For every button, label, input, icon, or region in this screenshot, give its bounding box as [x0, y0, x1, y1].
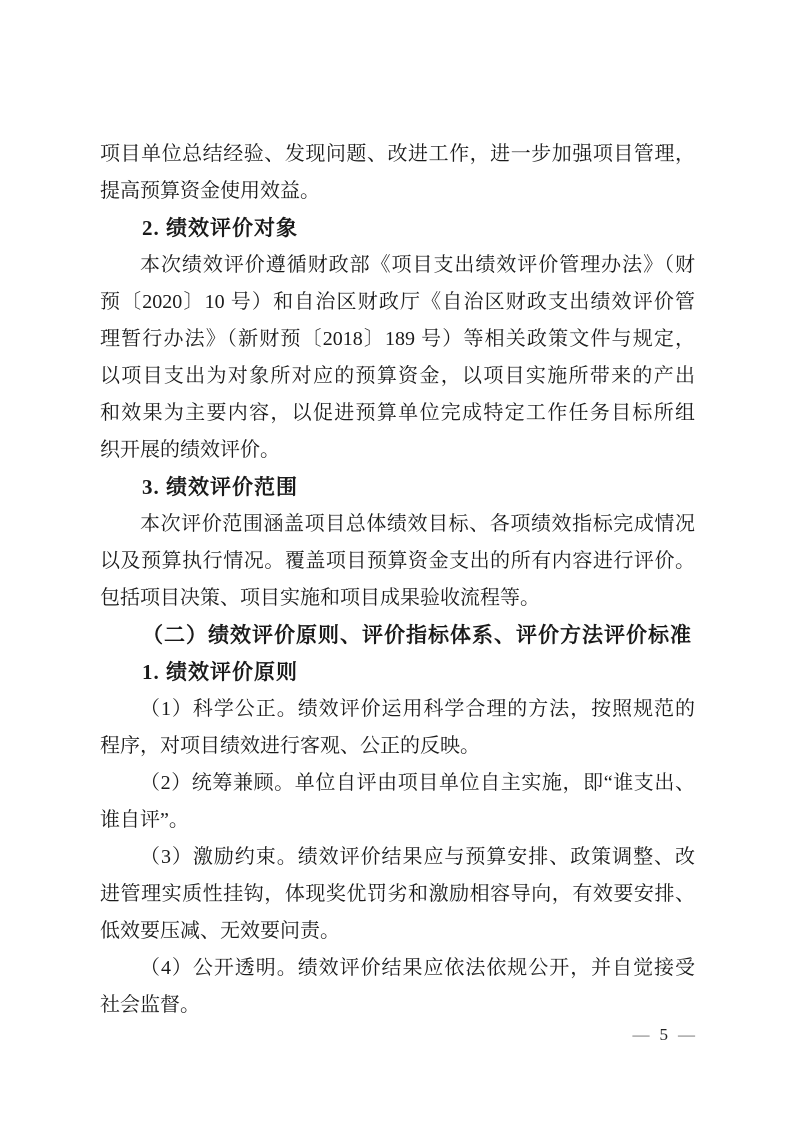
text-line: 理暂行办法》（新财预〔2018〕189 号）等相关政策文件与规定， — [100, 321, 695, 358]
document-body: 项目单位总结经验、发现问题、改进工作，进一步加强项目管理，提高预算资金使用效益。… — [100, 136, 695, 1024]
text-line: 社会监督。 — [100, 987, 695, 1024]
text-line: 程序，对项目绩效进行客观、公正的反映。 — [100, 728, 695, 765]
heading-line: （二）绩效评价原则、评价指标体系、评价方法评价标准 — [100, 617, 695, 654]
page-footer: —5— — [633, 1022, 696, 1048]
text-line: （2）统筹兼顾。单位自评由项目单位自主实施，即“谁支出、 — [100, 765, 695, 802]
text-line: 以及预算执行情况。覆盖项目预算资金支出的所有内容进行评价。 — [100, 543, 695, 580]
text-line: 以项目支出为对象所对应的预算资金，以项目实施所带来的产出 — [100, 358, 695, 395]
document-page: 项目单位总结经验、发现问题、改进工作，进一步加强项目管理，提高预算资金使用效益。… — [0, 0, 793, 1122]
heading-line: 3. 绩效评价范围 — [100, 469, 695, 506]
text-line: 提高预算资金使用效益。 — [100, 173, 695, 210]
text-line: 和效果为主要内容，以促进预算单位完成特定工作任务目标所组 — [100, 395, 695, 432]
footer-dash-right: — — [678, 1025, 695, 1044]
text-line: 本次绩效评价遵循财政部《项目支出绩效评价管理办法》（财 — [100, 247, 695, 284]
text-line: （1）科学公正。绩效评价运用科学合理的方法，按照规范的 — [100, 691, 695, 728]
footer-dash-left: — — [633, 1025, 650, 1044]
text-line: 织开展的绩效评价。 — [100, 432, 695, 469]
text-line: 进管理实质性挂钩，体现奖优罚劣和激励相容导向，有效要安排、 — [100, 876, 695, 913]
text-line: 低效要压减、无效要问责。 — [100, 913, 695, 950]
page-number: 5 — [660, 1025, 669, 1044]
heading-line: 1. 绩效评价原则 — [100, 654, 695, 691]
text-line: 包括项目决策、项目实施和项目成果验收流程等。 — [100, 580, 695, 617]
text-line: （3）激励约束。绩效评价结果应与预算安排、政策调整、改 — [100, 839, 695, 876]
text-line: 预〔2020〕10 号）和自治区财政厅《自治区财政支出绩效评价管 — [100, 284, 695, 321]
text-line: （4）公开透明。绩效评价结果应依法依规公开，并自觉接受 — [100, 950, 695, 987]
text-line: 谁自评”。 — [100, 802, 695, 839]
heading-line: 2. 绩效评价对象 — [100, 210, 695, 247]
text-line: 本次评价范围涵盖项目总体绩效目标、各项绩效指标完成情况 — [100, 506, 695, 543]
text-line: 项目单位总结经验、发现问题、改进工作，进一步加强项目管理， — [100, 136, 695, 173]
